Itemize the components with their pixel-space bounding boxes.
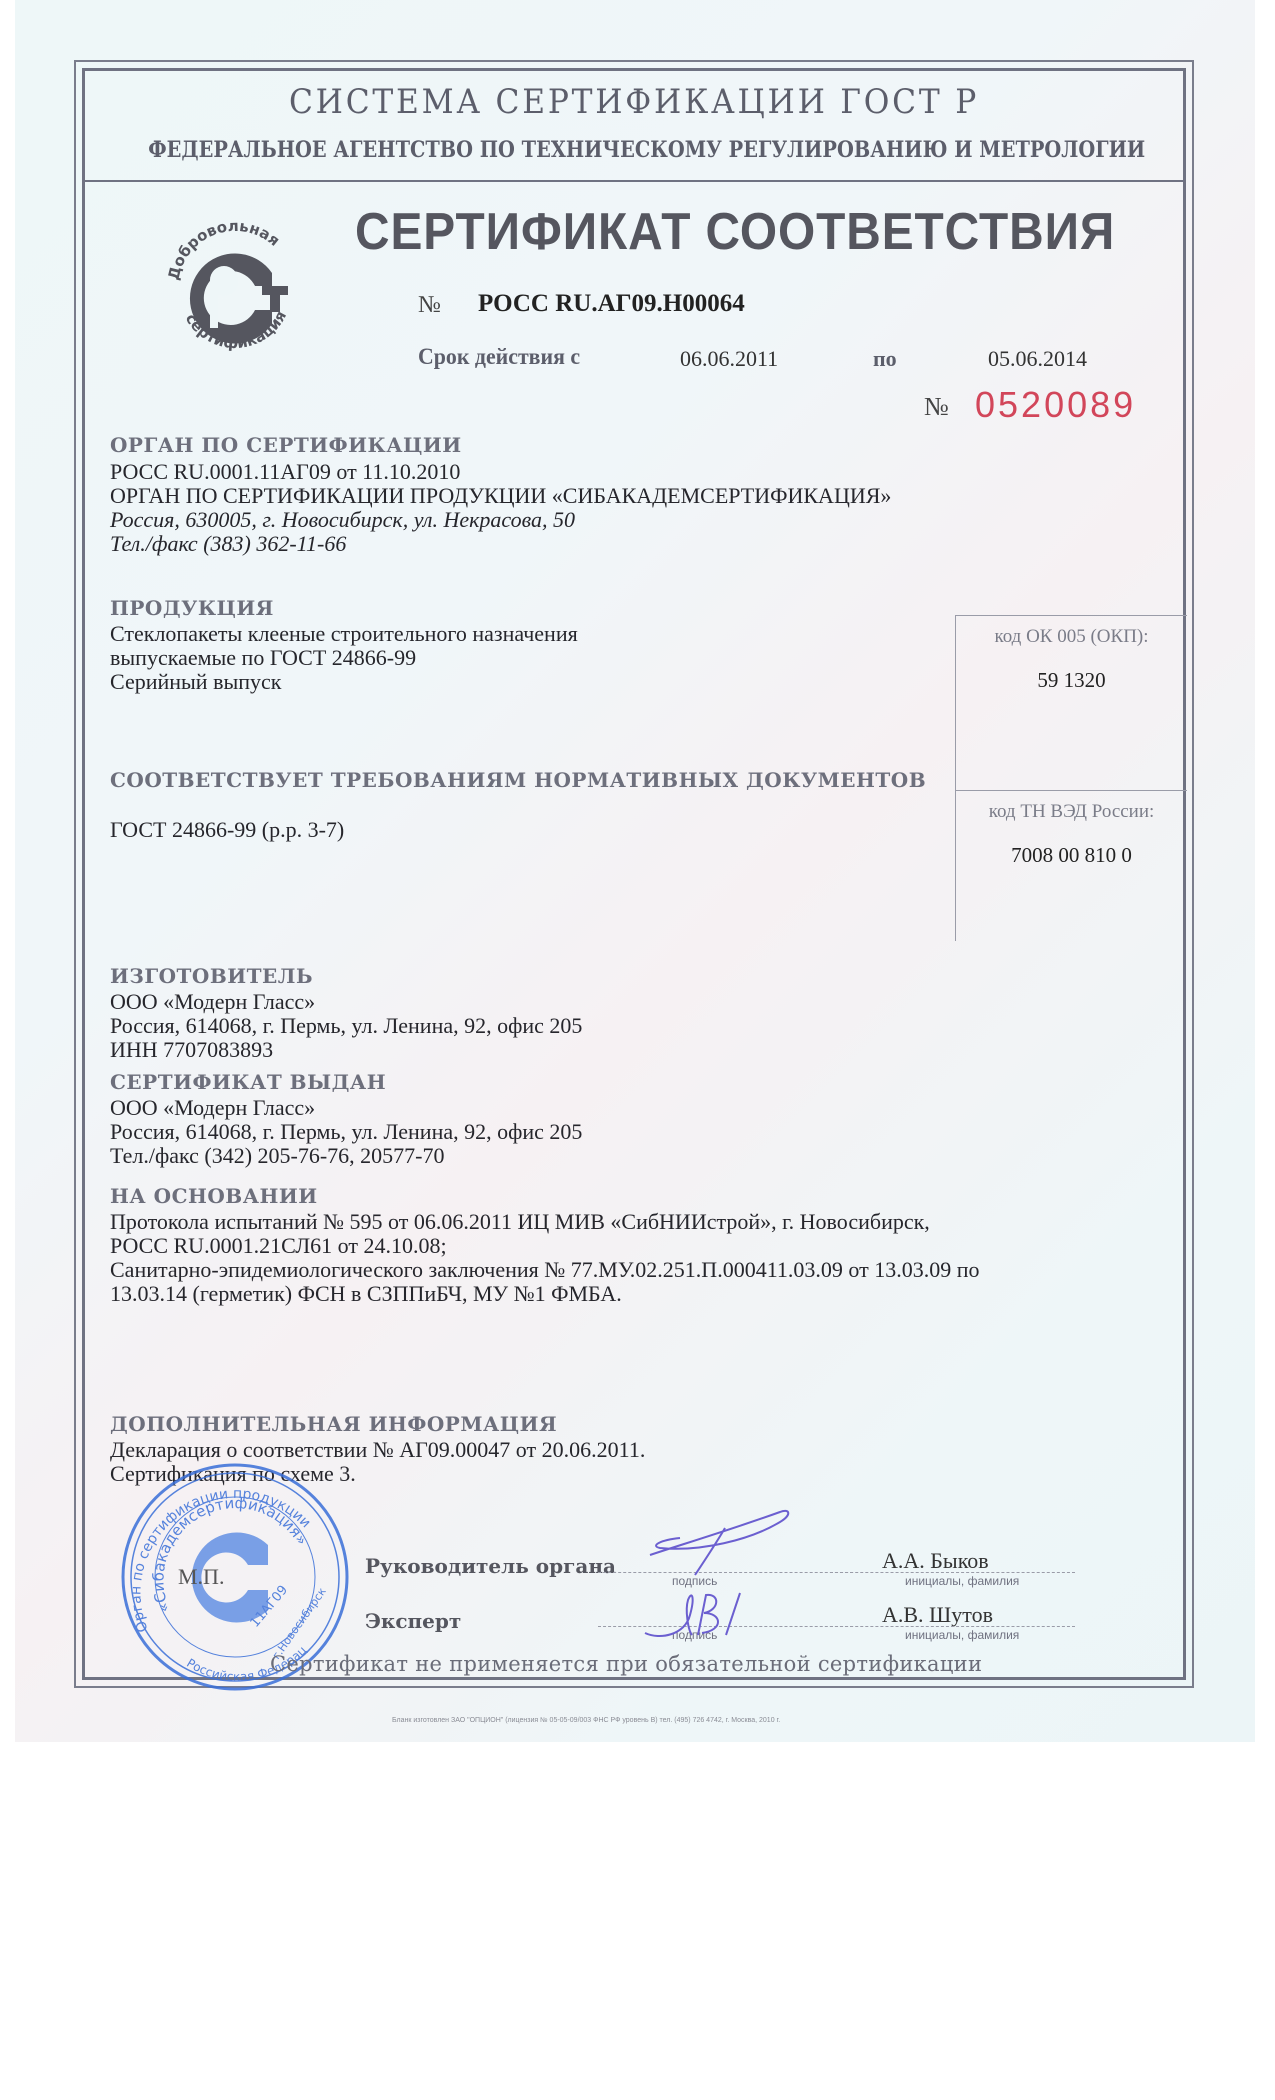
validity-label: Срок действия с [418, 344, 580, 370]
expert-name-line [830, 1626, 1075, 1627]
certificate-number: РОСС RU.АГ09.Н00064 [478, 290, 745, 318]
seal-place-label: М.П. [178, 1564, 224, 1590]
head-name-caption: инициалы, фамилия [905, 1574, 1019, 1588]
basis-line: РОСС RU.0001.21СЛ61 от 24.10.08; [110, 1234, 447, 1258]
basis-line: 13.03.14 (герметик) ФСН в СЗППиБЧ, МУ №1… [110, 1282, 622, 1306]
product-line: выпускаемые по ГОСТ 24866-99 [110, 646, 416, 670]
tnved-label: код ТН ВЭД России: [956, 801, 1187, 823]
expert-label: Эксперт [365, 1609, 461, 1633]
certification-body-phone: Тел./факс (383) 362-11-66 [110, 532, 346, 556]
basis-line: Протокола испытаний № 595 от 06.06.2011 … [110, 1210, 930, 1234]
product-line: Серийный выпуск [110, 670, 281, 694]
basis-heading: НА ОСНОВАНИИ [110, 1184, 318, 1208]
system-title: СИСТЕМА СЕРТИФИКАЦИИ ГОСТ Р [126, 82, 1142, 122]
mandatory-cert-note: Сертификат не применяется при обязательн… [270, 1652, 982, 1676]
additional-info-line: Декларация о соответствии № АГ09.00047 о… [110, 1438, 645, 1462]
okp-code-box: код ОК 005 (ОКП): 59 1320 [955, 615, 1187, 791]
head-name: А.А. Быков [882, 1548, 989, 1574]
manufacturer-line: ИНН 7707083893 [110, 1038, 273, 1062]
manufacturer-heading: ИЗГОТОВИТЕЛЬ [110, 964, 313, 988]
expert-name: А.В. Шутов [882, 1602, 993, 1628]
expert-signature-icon [640, 1585, 760, 1645]
certification-body-line: ОРГАН ПО СЕРТИФИКАЦИИ ПРОДУКЦИИ «СИБАКАД… [110, 484, 891, 508]
agency-name: ФЕДЕРАЛЬНОЕ АГЕНТСТВО ПО ТЕХНИЧЕСКОМУ РЕ… [148, 137, 1120, 163]
compliance-standard: ГОСТ 24866-99 (р.р. 3-7) [110, 818, 344, 842]
manufacturer-line: ООО «Модерн Гласс» [110, 990, 315, 1014]
okp-code: 59 1320 [956, 668, 1187, 693]
certification-body-address: Россия, 630005, г. Новосибирск, ул. Некр… [110, 508, 575, 532]
head-signature-icon [640, 1500, 800, 1580]
number-sign: № [418, 292, 441, 319]
basis-line: Санитарно-эпидемиологического заключения… [110, 1258, 979, 1282]
issued-to-heading: СЕРТИФИКАТ ВЫДАН [110, 1070, 386, 1094]
certificate-title: СЕРТИФИКАТ СООТВЕТСТВИЯ [355, 202, 1115, 262]
issued-to-line: ООО «Модерн Гласс» [110, 1096, 315, 1120]
certification-body-line: РОСС RU.0001.11АГ09 от 11.10.2010 [110, 460, 460, 484]
valid-to-label: по [873, 346, 897, 372]
header-divider [82, 180, 1186, 182]
printer-imprint: Бланк изготовлен ЗАО "ОПЦИОН" (лицензия … [392, 1717, 780, 1724]
blank-number-sign: № [924, 392, 949, 422]
expert-name-caption: инициалы, фамилия [905, 1628, 1019, 1642]
head-name-line [830, 1572, 1075, 1573]
valid-to: 05.06.2014 [988, 346, 1087, 372]
issued-to-line: Тел./факс (342) 205-76-76, 20577-70 [110, 1144, 445, 1168]
certification-body-heading: ОРГАН ПО СЕРТИФИКАЦИИ [110, 433, 462, 457]
product-line: Стеклопакеты клееные строительного назна… [110, 622, 578, 646]
issued-to-line: Россия, 614068, г. Пермь, ул. Ленина, 92… [110, 1120, 582, 1144]
okp-label: код ОК 005 (ОКП): [956, 626, 1187, 648]
product-heading: ПРОДУКЦИЯ [110, 596, 274, 620]
manufacturer-line: Россия, 614068, г. Пермь, ул. Ленина, 92… [110, 1014, 582, 1038]
valid-from: 06.06.2011 [680, 346, 778, 372]
rst-logo-icon: Добровольная сертификация [160, 218, 310, 368]
tnved-code: 7008 00 810 0 [956, 843, 1187, 868]
additional-info-heading: ДОПОЛНИТЕЛЬНАЯ ИНФОРМАЦИЯ [110, 1412, 557, 1436]
blank-number: 0520089 [975, 384, 1136, 426]
tnved-code-box: код ТН ВЭД России: 7008 00 810 0 [955, 790, 1187, 941]
compliance-heading: СООТВЕТСТВУЕТ ТРЕБОВАНИЯМ НОРМАТИВНЫХ ДО… [110, 768, 926, 792]
head-of-body-label: Руководитель органа [365, 1554, 616, 1578]
